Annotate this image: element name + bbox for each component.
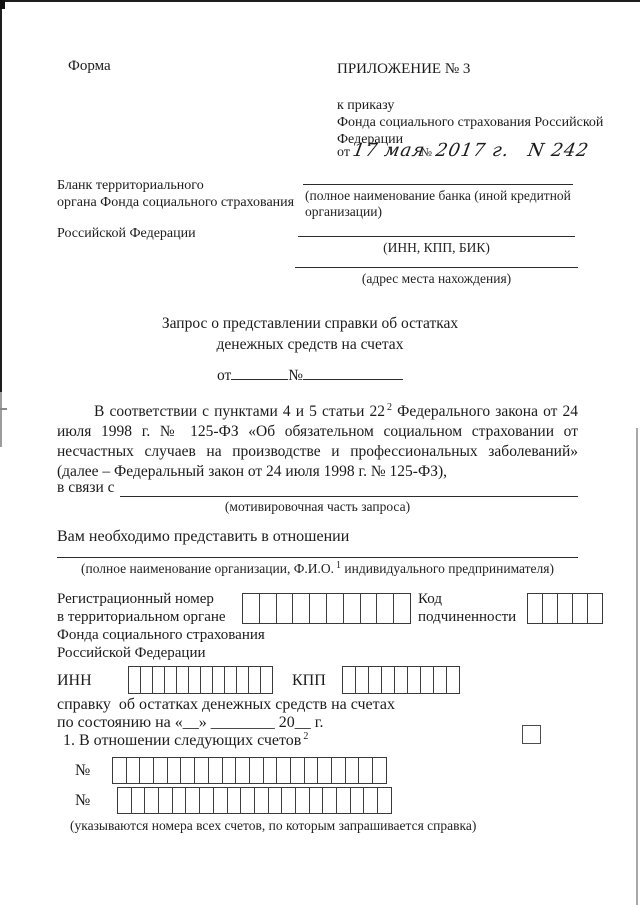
bank-address-caption: (адрес места нахождения) [295,271,578,287]
digit-cell[interactable] [337,788,351,813]
inn-label: ИНН [57,671,92,690]
digit-cell[interactable] [260,594,277,623]
digit-cell[interactable] [195,758,209,783]
digit-cell[interactable] [377,594,394,623]
digit-cell[interactable] [356,667,369,693]
digit-cell[interactable] [113,758,127,783]
legal-paragraph-part1: В соответствии с пунктами 4 и 5 статьи 2… [94,403,385,420]
doc-number-line: от№ [40,366,580,385]
scan-border-left [0,0,2,392]
digit-cell[interactable] [129,667,141,693]
subordination-label-line-2: подчиненности [418,608,516,626]
accounts-caption: (указываются номера всех счетов, по кото… [70,818,476,834]
digit-cell[interactable] [173,788,187,813]
footnote-ref-accounts: 2 [303,731,308,742]
order-date-prefix: от [337,145,350,160]
form-label: Форма [68,57,111,75]
digit-cell[interactable] [177,667,189,693]
digit-cell[interactable] [434,667,447,693]
digit-cell[interactable] [373,758,386,783]
digit-cell[interactable] [588,594,602,623]
digit-cell[interactable] [395,667,408,693]
kpp-grid[interactable] [342,666,460,694]
order-line-1: к приказу [337,97,394,114]
request-line-2: по состоянию на «__» ________ 20__ г. [57,713,324,732]
reg-label-line-2: в территориальном органе [57,608,226,626]
digit-cell[interactable] [132,788,146,813]
digit-cell[interactable] [573,594,588,623]
doc-date-label: от [217,367,231,384]
digit-cell[interactable] [528,594,543,623]
digit-cell[interactable] [255,788,269,813]
digit-cell[interactable] [332,758,346,783]
in-connection-line: в связи с [57,479,578,497]
appendix-title: ПРИЛОЖЕНИЕ № 3 [337,60,470,78]
inn-grid[interactable] [128,666,273,694]
digit-cell[interactable] [264,758,278,783]
in-connection-label: в связи с [57,479,115,497]
digit-cell[interactable] [359,758,373,783]
digit-cell[interactable] [408,667,421,693]
digit-cell[interactable] [145,788,159,813]
account-row-1-label: № [75,761,90,780]
digit-cell[interactable] [214,788,228,813]
digit-cell[interactable] [168,758,182,783]
item1-checkbox[interactable] [522,725,541,744]
digit-cell[interactable] [558,594,573,623]
request-line-1: справку об остатках денежных средств на … [57,695,395,714]
organization-caption: (полное наименование организации, Ф.И.О.… [45,561,590,577]
digit-cell[interactable] [154,758,168,783]
letterhead-line-1: Бланк территориального [57,177,204,194]
order-line-2: Фонда социального страхования Российской [337,114,603,131]
digit-cell[interactable] [394,594,410,623]
digit-cell[interactable] [209,758,223,783]
digit-cell[interactable] [127,758,141,783]
digit-cell[interactable] [236,758,250,783]
digit-cell[interactable] [543,594,558,623]
digit-cell[interactable] [186,788,200,813]
item1-text: 1. В отношении следующих счетов [63,732,301,749]
bank-requisites-caption: (ИНН, КПП, БИК) [298,240,575,256]
doc-title-line-1: Запрос о представлении справки об остатк… [40,315,580,333]
doc-number-field[interactable] [303,366,403,380]
digit-cell[interactable] [323,788,337,813]
digit-cell[interactable] [361,594,378,623]
digit-cell[interactable] [310,788,324,813]
scan-border-top [0,0,640,2]
digit-cell[interactable] [228,788,242,813]
account-row-2-label: № [75,791,90,810]
bank-address-field[interactable] [295,267,578,268]
organization-name-field[interactable] [57,557,578,558]
digit-cell[interactable] [237,667,249,693]
organization-caption-part2: индивидуального предпринимателя) [341,561,554,576]
digit-cell[interactable] [249,667,261,693]
digit-cell[interactable] [277,594,294,623]
digit-cell[interactable] [344,594,361,623]
doc-date-field[interactable] [231,366,288,380]
handwritten-number: N 242 [527,142,591,159]
letterhead-line-2: органа Фонда социального страхования [57,194,294,211]
reg-label-line-4: Российской Федерации [57,644,206,662]
account-number-grid-2[interactable] [117,787,392,814]
digit-cell[interactable] [141,667,153,693]
scan-corner-mark [0,0,5,9]
scan-border-right [636,428,638,905]
scan-tick-mark [0,408,7,410]
digit-cell[interactable] [243,594,260,623]
digit-cell[interactable] [369,667,382,693]
digit-cell[interactable] [225,667,237,693]
digit-cell[interactable] [421,667,434,693]
digit-cell[interactable] [261,667,272,693]
digit-cell[interactable] [140,758,154,783]
bank-name-field[interactable] [303,184,573,185]
scan-border-left-fade [0,392,2,447]
handwritten-year: 2017 г. [434,142,510,159]
digit-cell[interactable] [165,667,177,693]
digit-cell[interactable] [241,788,255,813]
digit-cell[interactable] [293,594,310,623]
digit-cell[interactable] [327,594,344,623]
digit-cell[interactable] [189,667,201,693]
must-submit-line: Вам необходимо представить в отношении [57,527,349,546]
bank-name-caption: (полное наименование банка (иной кредитн… [305,188,577,220]
subordination-code-grid[interactable] [527,593,603,624]
digit-cell[interactable] [200,788,214,813]
handwritten-date: 17 мая [352,142,427,159]
digit-cell[interactable] [223,758,237,783]
digit-cell[interactable] [153,667,165,693]
account-number-grid-1[interactable] [112,757,387,784]
digit-cell[interactable] [269,788,283,813]
digit-cell[interactable] [346,758,360,783]
digit-cell[interactable] [291,758,305,783]
motive-caption: (мотивировочная часть запроса) [57,499,578,515]
organization-caption-part1: (полное наименование организации, Ф.И.О. [81,561,334,576]
digit-cell[interactable] [282,788,296,813]
digit-cell[interactable] [343,667,356,693]
digit-cell[interactable] [310,594,327,623]
digit-cell[interactable] [277,758,291,783]
legal-paragraph: В соответствии с пунктами 4 и 5 статьи 2… [57,402,578,482]
digit-cell[interactable] [201,667,213,693]
motive-field[interactable] [120,480,579,497]
doc-numero-label: № [288,367,303,384]
digit-cell[interactable] [318,758,332,783]
digit-cell[interactable] [378,788,391,813]
digit-cell[interactable] [364,788,378,813]
digit-cell[interactable] [181,758,195,783]
letterhead-line-3: Российской Федерации [57,225,196,242]
subordination-label-line-1: Код [418,590,442,608]
digit-cell[interactable] [351,788,365,813]
digit-cell[interactable] [118,788,132,813]
reg-label-line-1: Регистрационный номер [57,590,214,608]
digit-cell[interactable] [296,788,310,813]
digit-cell[interactable] [382,667,395,693]
order-date-line: от 17 мая№ 2017 г. N 242 [337,142,589,161]
kpp-label: КПП [292,671,326,690]
digit-cell[interactable] [447,667,459,693]
digit-cell[interactable] [305,758,319,783]
digit-cell[interactable] [159,788,173,813]
document-page: Форма ПРИЛОЖЕНИЕ № 3 к приказу Фонда соц… [0,0,640,905]
item1-line: 1. В отношении следующих счетов2 [63,731,308,750]
doc-title-line-2: денежных средств на счетах [40,336,580,354]
digit-cell[interactable] [250,758,264,783]
reg-label-line-3: Фонда социального страхования [57,626,265,644]
registration-number-grid[interactable] [242,593,411,624]
bank-requisites-field[interactable] [298,236,575,237]
digit-cell[interactable] [213,667,225,693]
